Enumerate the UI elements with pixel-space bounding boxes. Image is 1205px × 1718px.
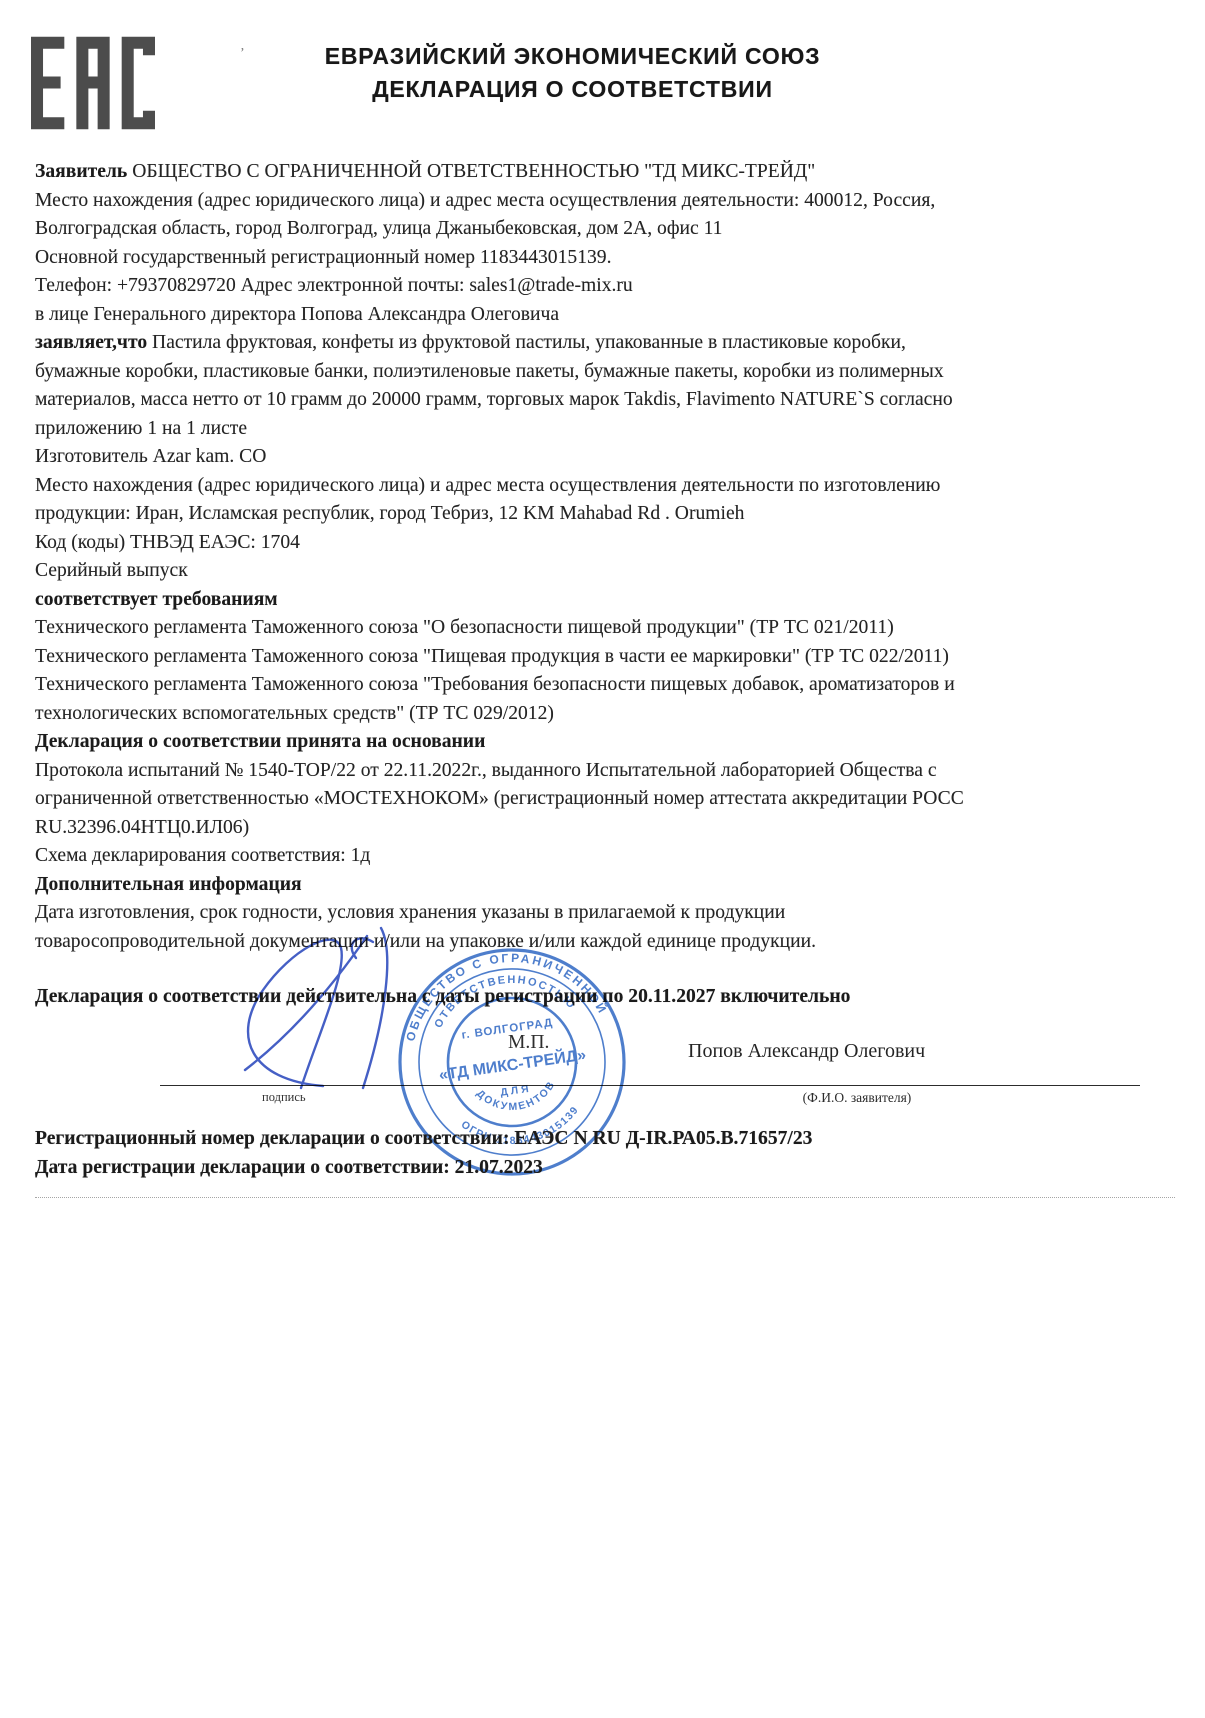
bottom-separator <box>35 1197 1175 1198</box>
body-line: технологических вспомогательных средств"… <box>35 700 1175 729</box>
body-line: Протокола испытаний № 1540-ТОР/22 от 22.… <box>35 757 1175 786</box>
body-line: Схема декларирования соответствия: 1д <box>35 842 1175 871</box>
declarant-name: Попов Александр Олегович <box>688 1040 925 1063</box>
fio-caption: (Ф.И.О. заявителя) <box>757 1090 957 1106</box>
body-line-segment: Схема декларирования соответствия: 1д <box>35 845 370 866</box>
body-line: соответствует требованиям <box>35 586 1175 615</box>
body-line: Заявитель ОБЩЕСТВО С ОГРАНИЧЕННОЙ ОТВЕТС… <box>35 158 1175 187</box>
eac-logo <box>31 33 155 133</box>
declaration-body: Заявитель ОБЩЕСТВО С ОГРАНИЧЕННОЙ ОТВЕТС… <box>35 158 1175 956</box>
eac-letter-c <box>122 37 155 130</box>
stamp-arc-documents: ДОКУМЕНТОВ <box>473 1077 561 1119</box>
body-line: заявляет,что Пастила фруктовая, конфеты … <box>35 329 1175 358</box>
svg-text:ДОКУМЕНТОВ: ДОКУМЕНТОВ <box>473 1077 561 1119</box>
stamp-city: г. ВОЛГОГРАД <box>461 1017 554 1042</box>
body-line: Основной государственный регистрационный… <box>35 244 1175 273</box>
body-line-segment: материалов, масса нетто от 10 грамм до 2… <box>35 389 953 410</box>
stamp-for-label: ДЛЯ <box>500 1083 533 1099</box>
body-line: Код (коды) ТНВЭД ЕАЭС: 1704 <box>35 529 1175 558</box>
scan-artifact: ’ <box>240 46 245 62</box>
document-header: ЕВРАЗИЙСКИЙ ЭКОНОМИЧЕСКИЙ СОЮЗ ДЕКЛАРАЦИ… <box>280 40 865 106</box>
body-line: продукции: Иран, Исламская республик, го… <box>35 500 1175 529</box>
body-line: Дополнительная информация <box>35 871 1175 900</box>
body-line-segment: Серийный выпуск <box>35 560 188 581</box>
body-line: Технического регламента Таможенного союз… <box>35 671 1175 700</box>
body-line-segment: ОБЩЕСТВО С ОГРАНИЧЕННОЙ ОТВЕТСТВЕННОСТЬЮ… <box>127 161 815 182</box>
body-line-segment: Телефон: +79370829720 Адрес электронной … <box>35 275 633 296</box>
body-line-bold-segment: соответствует требованиям <box>35 589 278 610</box>
body-line: Технического регламента Таможенного союз… <box>35 614 1175 643</box>
body-line: RU.32396.04НТЦ0.ИЛ06) <box>35 814 1175 843</box>
body-line: приложению 1 на 1 листе <box>35 415 1175 444</box>
body-line-segment: Волгоградская область, город Волгоград, … <box>35 218 722 239</box>
body-line-segment: Место нахождения (адрес юридического лиц… <box>35 475 940 496</box>
union-title: ЕВРАЗИЙСКИЙ ЭКОНОМИЧЕСКИЙ СОЮЗ <box>280 40 865 73</box>
body-line-segment: Протокола испытаний № 1540-ТОР/22 от 22.… <box>35 760 937 781</box>
body-line-segment: Код (коды) ТНВЭД ЕАЭС: 1704 <box>35 532 300 553</box>
body-line: ограниченной ответственностью «МОСТЕХНОК… <box>35 785 1175 814</box>
body-line-segment: бумажные коробки, пластиковые банки, пол… <box>35 361 944 382</box>
body-line-segment: в лице Генерального директора Попова Але… <box>35 304 559 325</box>
body-line-segment: Пастила фруктовая, конфеты из фруктовой … <box>147 332 906 353</box>
body-line: Телефон: +79370829720 Адрес электронной … <box>35 272 1175 301</box>
body-line: Волгоградская область, город Волгоград, … <box>35 215 1175 244</box>
body-line: Место нахождения (адрес юридического лиц… <box>35 472 1175 501</box>
body-line-bold-segment: заявляет,что <box>35 332 147 353</box>
body-line-bold-segment: Заявитель <box>35 161 127 182</box>
document-title: ДЕКЛАРАЦИЯ О СООТВЕТСТВИИ <box>280 73 865 106</box>
company-round-stamp: ОБЩЕСТВО С ОГРАНИЧЕННОЙ ОТВЕТСТВЕННОСТЬЮ… <box>380 930 644 1194</box>
registration-number: Регистрационный номер декларации о соотв… <box>35 1128 812 1150</box>
body-line-segment: Технического регламента Таможенного союз… <box>35 617 894 638</box>
body-line: в лице Генерального директора Попова Але… <box>35 301 1175 330</box>
body-line-segment: приложению 1 на 1 листе <box>35 418 247 439</box>
stamp-company-name: «ТД МИКС-ТРЕЙД» <box>438 1045 588 1084</box>
body-line-bold-segment: Декларация о соответствии принята на осн… <box>35 731 485 752</box>
body-line-segment: технологических вспомогательных средств"… <box>35 703 554 724</box>
body-line-bold-segment: Дополнительная информация <box>35 874 302 895</box>
body-line: материалов, масса нетто от 10 грамм до 2… <box>35 386 1175 415</box>
body-line: Декларация о соответствии принята на осн… <box>35 728 1175 757</box>
body-line-segment: Место нахождения (адрес юридического лиц… <box>35 190 935 211</box>
body-line-segment: Технического регламента Таможенного союз… <box>35 646 949 667</box>
registration-date: Дата регистрации декларации о соответств… <box>35 1157 543 1179</box>
body-line: Изготовитель Azar kam. CO <box>35 443 1175 472</box>
body-line: Место нахождения (адрес юридического лиц… <box>35 187 1175 216</box>
body-line: Серийный выпуск <box>35 557 1175 586</box>
body-line: бумажные коробки, пластиковые банки, пол… <box>35 358 1175 387</box>
body-line-segment: Технического регламента Таможенного союз… <box>35 674 955 695</box>
body-line: Технического регламента Таможенного союз… <box>35 643 1175 672</box>
eac-letter-e <box>31 37 64 130</box>
body-line-segment: Основной государственный регистрационный… <box>35 247 611 268</box>
body-line-segment: RU.32396.04НТЦ0.ИЛ06) <box>35 817 249 838</box>
body-line-segment: Изготовитель Azar kam. CO <box>35 446 266 467</box>
body-line-segment: ограниченной ответственностью «МОСТЕХНОК… <box>35 788 964 809</box>
eac-letter-a <box>76 37 109 130</box>
body-line-segment: продукции: Иран, Исламская республик, го… <box>35 503 744 524</box>
declaration-document: ’ ЕВРАЗИЙСКИЙ ЭКОНОМИЧЕСКИЙ СОЮЗ ДЕКЛАРА… <box>0 0 1205 1718</box>
